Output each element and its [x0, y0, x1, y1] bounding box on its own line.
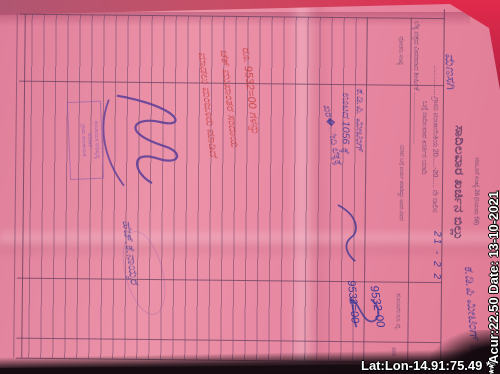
table-row: ಊಟದ 1056 ಕ್ಕೆ: [338, 92, 352, 153]
table-row: ಕ.ಡಿ.ಪಿ. ಮೀಟಿಂಗ್: [352, 88, 366, 152]
gps-latlon-overlay: Lat:Lon-14.91:75.49 **: [361, 358, 496, 373]
gps-accuracy-date-overlay: **Acur:22.50 Date: 13-10-2021: [486, 154, 500, 374]
header-amount: ಮೊಬಲಗು ರೂ. ಪೈ.: [393, 284, 401, 340]
amount-brace-flourish: [347, 289, 383, 329]
description-brace-flourish: [331, 201, 362, 265]
bill-document: ನಮೂನೆ ಸಂಖ್ಯೆ 26 (ನಿಯಮ 58) ಸಾದಿಲವಾರ ಖರ್ಚಿ…: [0, 4, 488, 369]
header-expense-details: ಯಾವ ಬಗ್ಗೆ ಖರ್ಚು ಮಾಡಿದ್ದು ಅದರ ವಿವರ: [396, 89, 405, 277]
header-voucher-number: ವೋಚರು ಸಂಖ್ಯೆ: [396, 21, 404, 81]
pdo-signature: [96, 87, 195, 193]
village-handwriting: ಮೆಣಸಗಿ: [441, 53, 458, 90]
intro-line: ..................ಗ್ರಾಮ ಪಂಚಾಯಿತಿಯ 20....…: [428, 65, 441, 355]
table-bottom-rule-2: [13, 14, 18, 358]
year-handwriting: 21 - 2 2: [431, 231, 443, 281]
photo-of-bill: ನಮೂನೆ ಸಂಖ್ಯೆ 26 (ನಿಯಮ 58) ಸಾದಿಲವಾರ ಖರ್ಚಿ…: [0, 0, 500, 374]
office-stamp: ಪಂಚಾಯತ ಅಭಿವೃದ್ಧಿ ಅಧಿಕಾರಿ ಗ್ರಾಮ ಪಂಚಾಯತ: [67, 101, 104, 180]
bill-title: ಸಾದಿಲವಾರ ಖರ್ಚಿನ ಬಿಲ್ಲು: [450, 125, 467, 240]
